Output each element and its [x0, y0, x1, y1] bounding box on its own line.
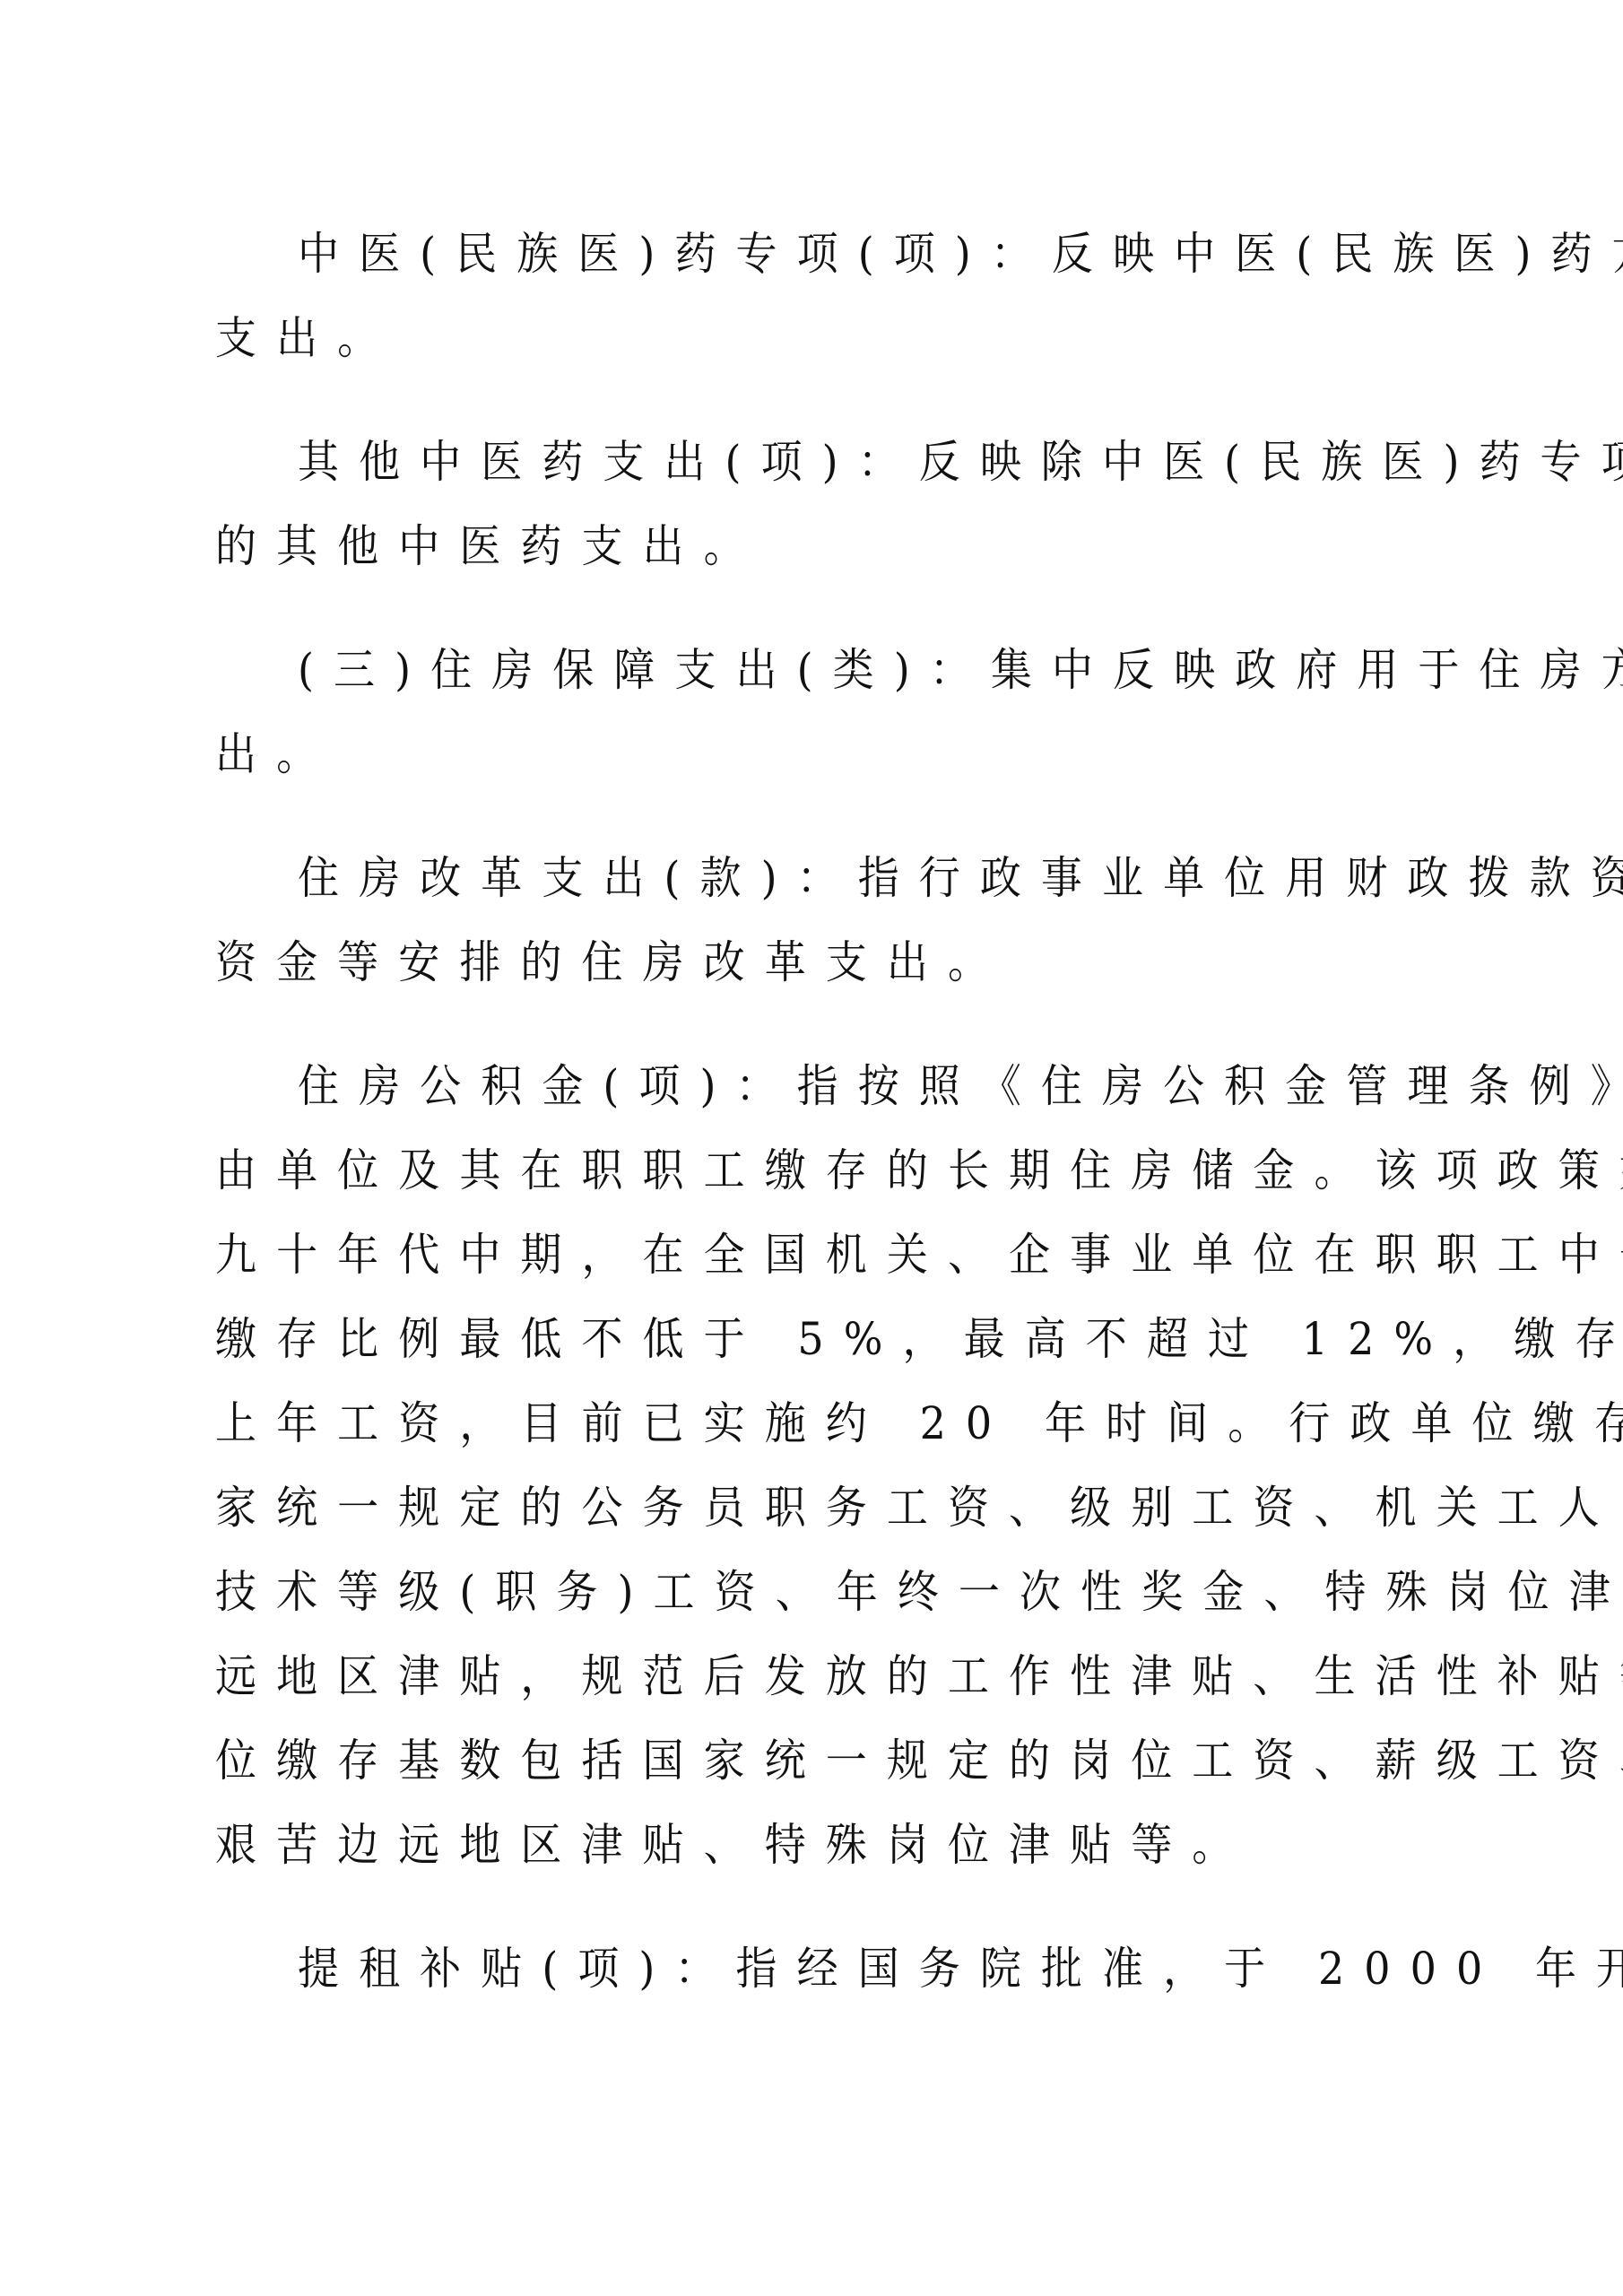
paragraph-rent-subsidy: 提租补贴(项)：指经国务院批准，于 2000 年开始针对在京 [215, 1926, 1426, 2011]
text-line: 家统一规定的公务员职务工资、级别工资、机关工人岗位工资和 [215, 1465, 1329, 1550]
paragraph-tcm-special: 中医(民族医)药专项(项)：反映中医(民族医)药方面的专项 支出。 [215, 212, 1426, 380]
text-line: 九十年代中期，在全国机关、企事业单位在职职工中普遍实施， [215, 1213, 1329, 1297]
paragraph-housing-security: (三)住房保障支出(类)：集中反映政府用于住房方面的支 出。 [215, 628, 1426, 796]
text-line: 支出。 [215, 296, 1329, 380]
text-line: 缴存比例最低不低于 5%，最高不超过 12%，缴存基数为职工本人 [215, 1297, 1329, 1381]
text-line: 住房公积金(项)：指按照《住房公积金管理条例》的规定， [215, 1044, 1329, 1128]
text-line: 远地区津贴，规范后发放的工作性津贴、生活性补贴等;事业单 [215, 1634, 1329, 1718]
text-line: 出。 [215, 712, 1329, 796]
text-line: 中医(民族医)药专项(项)：反映中医(民族医)药方面的专项 [215, 212, 1329, 296]
paragraph-housing-fund: 住房公积金(项)：指按照《住房公积金管理条例》的规定， 由单位及其在职职工缴存的… [215, 1044, 1426, 1887]
text-line: 技术等级(职务)工资、年终一次性奖金、特殊岗位津贴、艰苦边 [215, 1550, 1329, 1634]
text-line: 提租补贴(项)：指经国务院批准，于 2000 年开始针对在京 [215, 1926, 1329, 2011]
text-line: 住房改革支出(款)：指行政事业单位用财政拨款资金和其他 [215, 836, 1329, 920]
text-line: 上年工资，目前已实施约 20 年时间。行政单位缴存基数包括国 [215, 1381, 1329, 1465]
text-line: 资金等安排的住房改革支出。 [215, 920, 1329, 1004]
text-line: (三)住房保障支出(类)：集中反映政府用于住房方面的支 [215, 628, 1329, 712]
text-line: 艰苦边远地区津贴、特殊岗位津贴等。 [215, 1803, 1329, 1887]
text-line: 的其他中医药支出。 [215, 504, 1329, 588]
text-line: 位缴存基数包括国家统一规定的岗位工资、薪级工资、绩效工资、 [215, 1718, 1329, 1803]
paragraph-housing-reform: 住房改革支出(款)：指行政事业单位用财政拨款资金和其他 资金等安排的住房改革支出… [215, 836, 1426, 1004]
text-line: 由单位及其在职职工缴存的长期住房储金。该项政策始于上世纪 [215, 1128, 1329, 1213]
text-line: 其他中医药支出(项)：反映除中医(民族医)药专项支出以外 [215, 420, 1329, 504]
paragraph-other-tcm: 其他中医药支出(项)：反映除中医(民族医)药专项支出以外 的其他中医药支出。 [215, 420, 1426, 588]
document-body: 中医(民族医)药专项(项)：反映中医(民族医)药方面的专项 支出。 其他中医药支… [215, 212, 1426, 2050]
document-page: 中医(民族医)药专项(项)：反映中医(民族医)药方面的专项 支出。 其他中医药支… [0, 0, 1623, 2296]
